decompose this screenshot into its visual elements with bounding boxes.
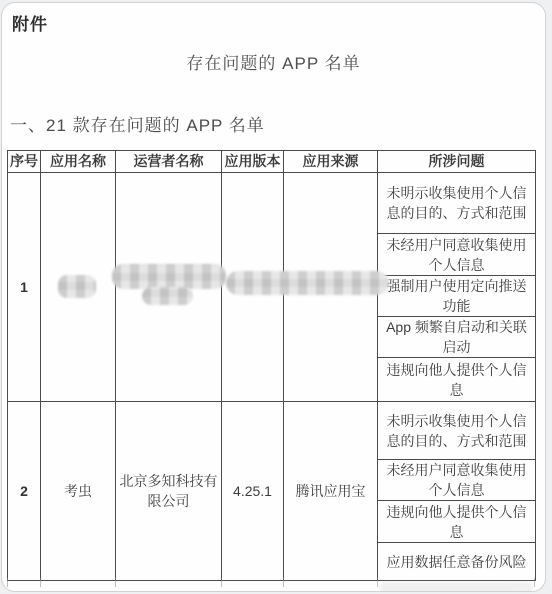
row2-operator: 北京多知科技有限公司 (116, 402, 222, 581)
document-page: { "page": { "attachment_label": "附件", "t… (0, 0, 552, 594)
redaction-blob-operator-line1 (112, 264, 226, 289)
row1-issue-4: App 频繁自启动和关联启动 (378, 317, 536, 358)
row1-index: 1 (8, 173, 41, 402)
cutoff-border-stub (283, 578, 284, 587)
row2-app-name: 考虫 (41, 402, 116, 581)
attachment-label: 附件 (12, 10, 48, 35)
row2-issue-2: 未经用户同意收集使用个人信息 (378, 460, 536, 501)
cutoff-border-stub (7, 578, 8, 587)
redaction-blob-app-name (58, 275, 96, 298)
cutoff-row-ghost-text (380, 582, 532, 592)
app-issues-table-wrap: 序号 应用名称 运营者名称 应用版本 应用来源 所涉问题 1 未明示收集使用个人… (7, 150, 537, 581)
row2-version: 4.25.1 (222, 402, 284, 581)
document-title: 存在问题的 APP 名单 (2, 49, 545, 74)
cutoff-border-stub (221, 578, 222, 587)
row2-issue-1: 未明示收集使用个人信息的目的、方式和范围 (378, 402, 536, 460)
row1-issue-2: 未经用户同意收集使用个人信息 (378, 234, 536, 276)
app-issues-table: 序号 应用名称 运营者名称 应用版本 应用来源 所涉问题 1 未明示收集使用个人… (7, 150, 536, 581)
redaction-blob-version-source (226, 271, 389, 295)
table-row: 2 考虫 北京多知科技有限公司 4.25.1 腾讯应用宝 未明示收集使用个人信息… (8, 402, 536, 460)
document-card: 附件 存在问题的 APP 名单 一、21 款存在问题的 APP 名单 序号 应用… (1, 2, 546, 592)
row2-issue-4: 应用数据任意备份风险 (378, 543, 536, 581)
cutoff-border-stub (40, 578, 41, 587)
table-row: 1 未明示收集使用个人信息的目的、方式和范围 (8, 173, 536, 234)
table-header-row: 序号 应用名称 运营者名称 应用版本 应用来源 所涉问题 (8, 151, 536, 173)
cutoff-border-stub (534, 578, 535, 587)
redaction-blob-operator-line2 (142, 287, 193, 305)
row1-issue-3: 强制用户使用定向推送功能 (378, 276, 536, 317)
cutoff-border-stub (377, 578, 378, 587)
row2-source: 腾讯应用宝 (284, 402, 378, 581)
header-operator: 运营者名称 (116, 151, 222, 173)
header-version: 应用版本 (222, 151, 284, 173)
section-heading: 一、21 款存在问题的 APP 名单 (10, 111, 265, 136)
header-index: 序号 (8, 151, 41, 173)
header-issues: 所涉问题 (378, 151, 536, 173)
row2-index: 2 (8, 402, 41, 581)
header-source: 应用来源 (284, 151, 378, 173)
row1-issue-1: 未明示收集使用个人信息的目的、方式和范围 (378, 173, 536, 234)
row1-issue-5: 违规向他人提供个人信息 (378, 358, 536, 402)
cutoff-border-stub (115, 578, 116, 587)
row2-issue-3: 违规向他人提供个人信息 (378, 501, 536, 543)
header-app-name: 应用名称 (41, 151, 116, 173)
